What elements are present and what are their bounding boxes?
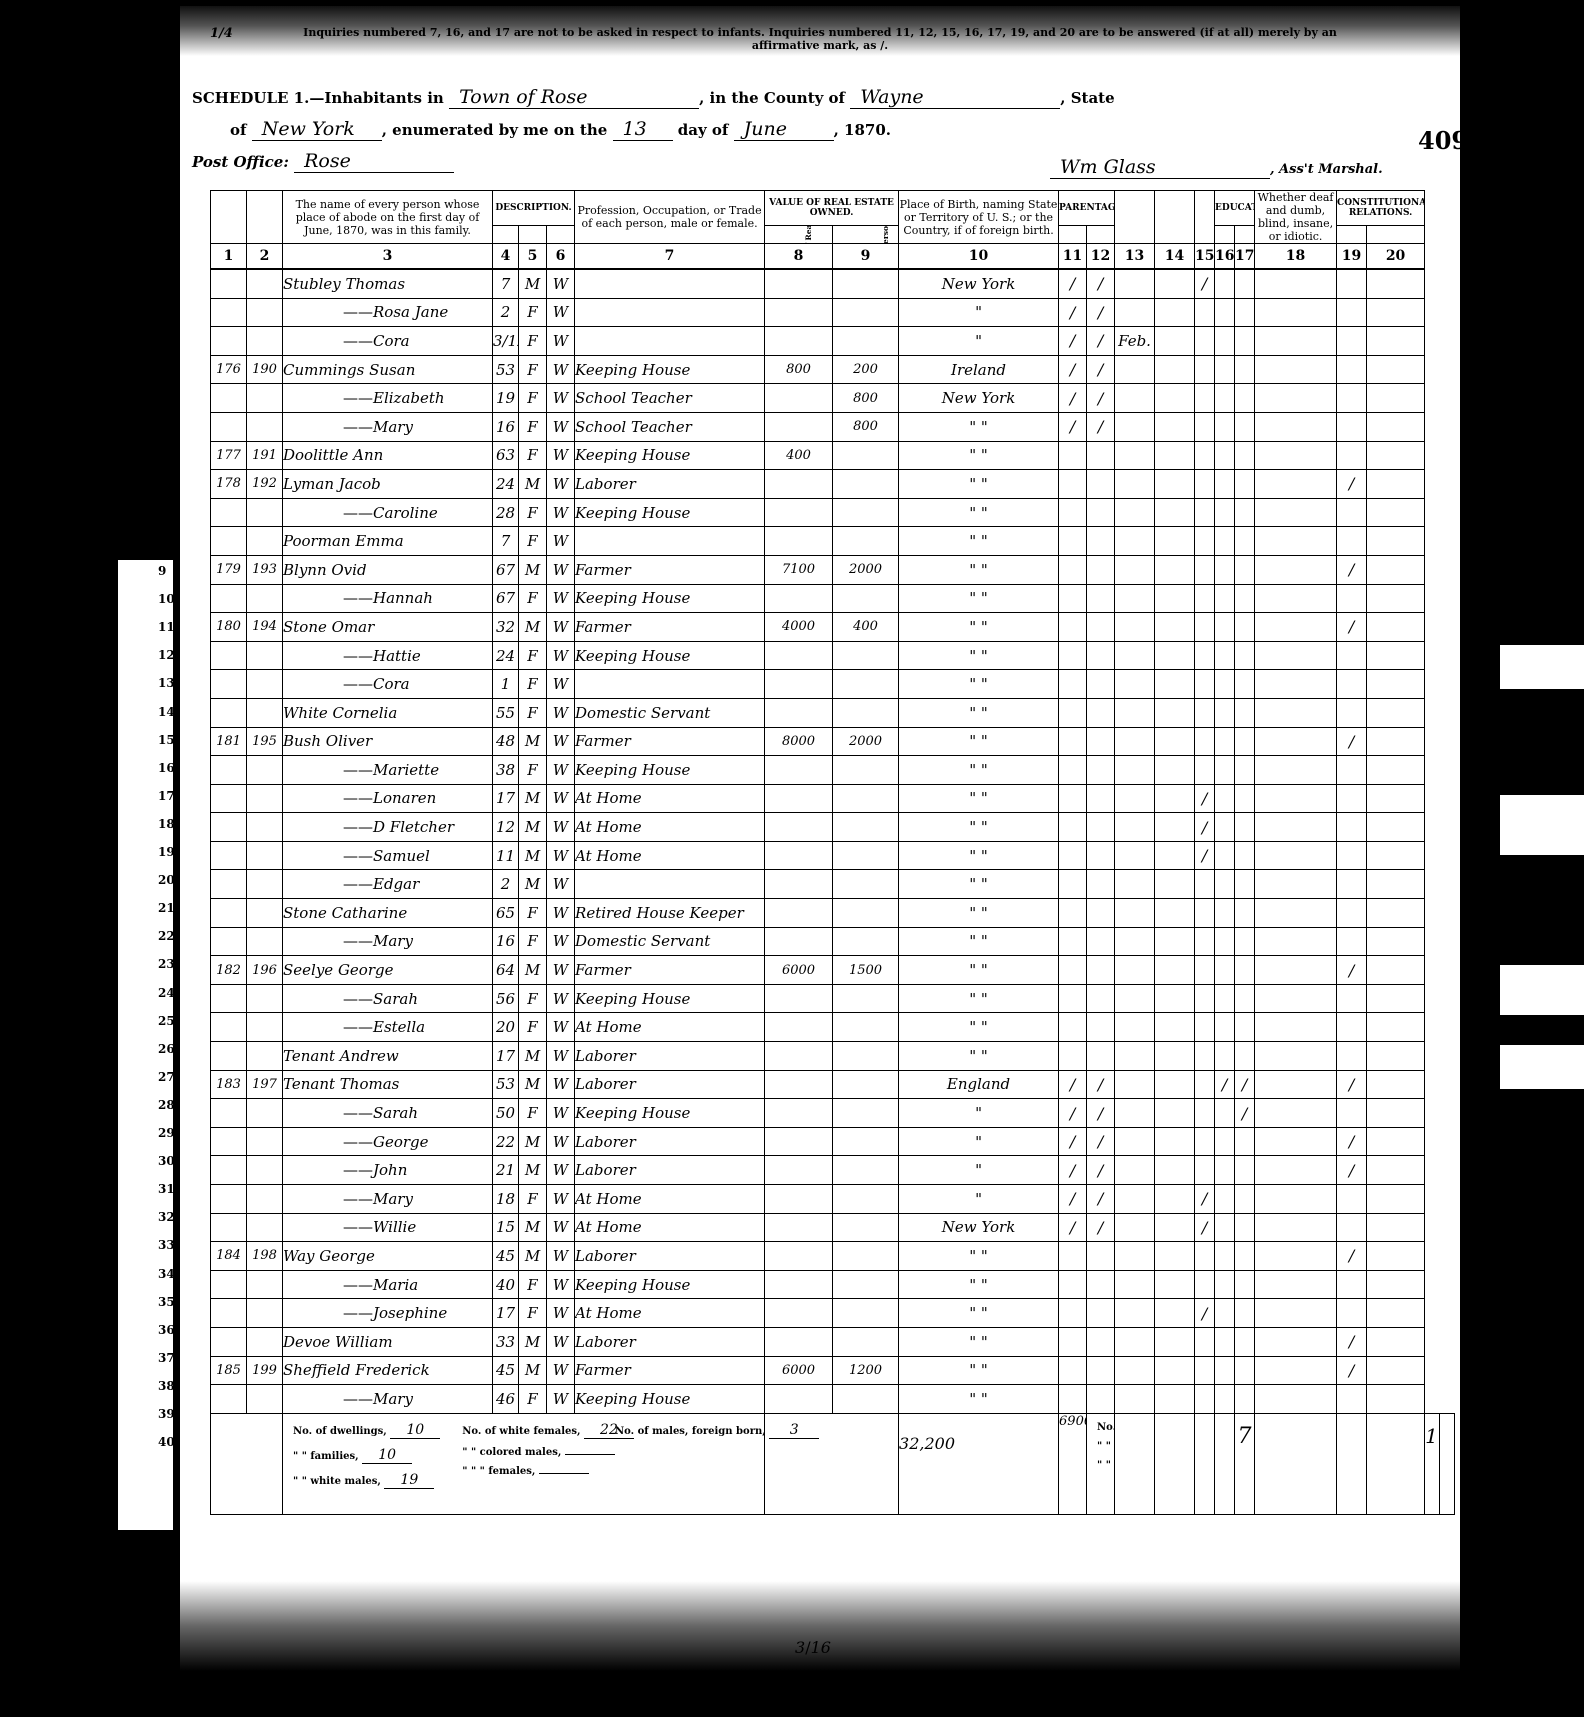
age: 16 [493,412,519,441]
disability [1255,727,1337,756]
sex: F [519,527,547,556]
real-estate-value [765,1013,833,1042]
age: 40 [493,1270,519,1299]
family-number [247,784,283,813]
occupation: At Home [575,1185,765,1214]
personal-estate-value [833,841,899,870]
cannot-write-mark [1235,1356,1255,1385]
married-month [1155,298,1195,327]
school-mark [1195,1099,1215,1128]
school-mark [1195,1013,1215,1042]
cannot-read-mark [1215,613,1235,642]
left-line-number: 39 [158,1407,175,1421]
father-foreign-mark [1059,1327,1087,1356]
color: W [547,1156,575,1185]
state-field: New York [252,118,382,141]
dwelling-number [211,498,247,527]
left-line-number: 15 [158,733,175,747]
column-number-row: 1234567891011121314151617181920 [211,244,1455,270]
father-foreign-mark: / [1059,355,1087,384]
sex: M [519,613,547,642]
color: W [547,841,575,870]
enumerated-label: , enumerated by me on the [382,121,608,139]
group-head-value: VALUE OF REAL ESTATE OWNED. [765,191,899,226]
sex: F [519,412,547,441]
mother-foreign-mark [1087,1327,1115,1356]
mother-foreign-mark [1087,613,1115,642]
vote-denied-mark [1367,1327,1425,1356]
cannot-read-mark [1215,1042,1235,1071]
occupation [575,327,765,356]
dwelling-number [211,1099,247,1128]
personal-estate-value [833,870,899,899]
personal-estate-value [833,269,899,298]
real-estate-value [765,1385,833,1414]
person-name: Mary [283,412,493,441]
family-number [247,1299,283,1328]
school-mark [1195,984,1215,1013]
personal-estate-value [833,1070,899,1099]
males-foreign-count: 3 [769,1422,819,1439]
family-number [247,1270,283,1299]
personal-estate-value [833,984,899,1013]
personal-estate-value [833,784,899,813]
vote-denied-mark [1367,1127,1425,1156]
personal-estate-value [833,899,899,928]
sex: F [519,1385,547,1414]
citizen-mark [1337,527,1367,556]
cannot-write-mark [1235,470,1255,499]
born-month [1115,1099,1155,1128]
age: 11 [493,841,519,870]
sex: M [519,269,547,298]
vote-denied-mark [1367,1185,1425,1214]
real-estate-value [765,1070,833,1099]
family-number [247,756,283,785]
page-number: 409 [1418,126,1468,155]
birthplace: " " [899,1327,1059,1356]
disability [1255,841,1337,870]
census-row: Devoe William33MWLaborer" "/ [211,1327,1455,1356]
census-row: 181195Bush Oliver48MWFarmer80002000" "/ [211,727,1455,756]
family-number [247,498,283,527]
dwelling-number [211,841,247,870]
born-month [1115,927,1155,956]
line-number: 29 [1470,1133,1487,1147]
cannot-read-mark [1215,1127,1235,1156]
census-row: 176190Cummings Susan53FWKeeping House800… [211,355,1455,384]
real-estate-value [765,698,833,727]
age: 17 [493,1042,519,1071]
mother-foreign-mark [1087,470,1115,499]
census-row: Cora1FW" " [211,670,1455,699]
real-estate-value [765,1099,833,1128]
person-name: White Cornelia [283,698,493,727]
real-estate-value [765,784,833,813]
post-office-field: Rose [294,150,454,173]
mother-foreign-mark: / [1087,384,1115,413]
birthplace: " [899,327,1059,356]
born-month [1115,899,1155,928]
born-month [1115,555,1155,584]
citizen-mark [1337,984,1367,1013]
sex: M [519,1242,547,1271]
personal-estate-total: 6900 [1059,1413,1087,1514]
left-line-number: 18 [158,817,175,831]
school-mark [1195,584,1215,613]
color: W [547,813,575,842]
left-line-number: 28 [158,1098,175,1112]
personal-estate-value [833,1099,899,1128]
father-foreign-mark [1059,927,1087,956]
fraction-top: 3 [795,1638,805,1657]
person-name: Bush Oliver [283,727,493,756]
personal-estate-value [833,927,899,956]
color: W [547,698,575,727]
married-month [1155,527,1195,556]
cannot-write-mark [1235,1042,1255,1071]
census-row: 180194Stone Omar32MWFarmer4000400" "/ [211,613,1455,642]
birthplace: " " [899,870,1059,899]
column-number: 9 [833,244,899,270]
person-name: John [283,1156,493,1185]
father-foreign-mark [1059,584,1087,613]
line-number: 11 [1470,627,1487,641]
cannot-write-mark [1235,841,1255,870]
born-month [1115,441,1155,470]
citizen-mark [1337,670,1367,699]
occupation: At Home [575,1013,765,1042]
sex: M [519,1156,547,1185]
birthplace: " " [899,1356,1059,1385]
census-rows: Stubley Thomas7MWNew York///Rosa Jane2FW… [211,269,1455,1413]
age: 45 [493,1242,519,1271]
vote-denied-mark [1367,1270,1425,1299]
real-estate-value [765,1127,833,1156]
age: 67 [493,584,519,613]
mother-foreign-mark [1087,1042,1115,1071]
vote-denied-mark [1367,727,1425,756]
family-number [247,641,283,670]
disability [1255,1013,1337,1042]
sex: F [519,641,547,670]
family-number: 190 [247,355,283,384]
occupation [575,670,765,699]
age: 28 [493,498,519,527]
married-month [1155,641,1195,670]
dwelling-number: 176 [211,355,247,384]
father-foreign-mark [1059,727,1087,756]
disability [1255,1299,1337,1328]
column-number: 13 [1115,244,1155,270]
vote-denied-mark [1367,441,1425,470]
person-name: Rosa Jane [283,298,493,327]
married-month [1155,470,1195,499]
cannot-read-mark [1215,756,1235,785]
left-line-number: 33 [158,1238,175,1252]
mother-foreign-mark [1087,813,1115,842]
personal-estate-value [833,1270,899,1299]
born-month [1115,412,1155,441]
left-line-number: 24 [158,986,175,1000]
cannot-write-mark [1235,1327,1255,1356]
footer-fraction: 3/16 [795,1638,831,1657]
occupation: School Teacher [575,384,765,413]
personal-estate-value: 400 [833,613,899,642]
person-name: Lyman Jacob [283,470,493,499]
vote-denied-mark [1367,470,1425,499]
age: 24 [493,641,519,670]
sex: M [519,1127,547,1156]
citizen-mark [1337,498,1367,527]
real-estate-value [765,870,833,899]
disability [1255,1185,1337,1214]
column-number: 11 [1059,244,1087,270]
father-foreign-mark [1059,1299,1087,1328]
person-name: Elizabeth [283,384,493,413]
sex: F [519,498,547,527]
sex: F [519,670,547,699]
married-month [1155,784,1195,813]
personal-estate-value [833,1327,899,1356]
occupation: Farmer [575,727,765,756]
column-number: 1 [211,244,247,270]
personal-estate-value [833,670,899,699]
dwelling-number: 182 [211,956,247,985]
born-month [1115,1156,1155,1185]
mother-foreign-mark [1087,1356,1115,1385]
cannot-read-mark [1215,441,1235,470]
citizen-mark [1337,584,1367,613]
cannot-write-mark [1235,756,1255,785]
person-name: Tenant Andrew [283,1042,493,1071]
occupation: Laborer [575,1070,765,1099]
sex: M [519,1042,547,1071]
citizen-mark [1337,412,1367,441]
married-month [1155,1299,1195,1328]
age: 50 [493,1099,519,1128]
citizen-mark [1337,899,1367,928]
left-line-number: 16 [158,761,175,775]
father-foreign-mark: / [1059,298,1087,327]
birthplace: " " [899,1299,1059,1328]
left-line-number: 9 [158,564,166,578]
citizens-total: 11 [1425,1413,1440,1514]
age: 55 [493,698,519,727]
disability [1255,1127,1337,1156]
column-number: 20 [1367,244,1425,270]
citizen-mark [1337,1185,1367,1214]
col-head-age: Age at last birth-day. If under 1 year, … [493,225,519,243]
cannot-write-mark [1235,555,1255,584]
person-name: Stone Catharine [283,899,493,928]
person-name: Sheffield Frederick [283,1356,493,1385]
disability [1255,899,1337,928]
left-line-number: 30 [158,1154,175,1168]
married-month [1155,1356,1195,1385]
dwelling-number [211,1127,247,1156]
age: 21 [493,1156,519,1185]
census-row: 182196Seelye George64MWFarmer60001500" "… [211,956,1455,985]
mother-foreign-mark [1087,784,1115,813]
line-number: 37 [1470,1358,1487,1372]
color: W [547,470,575,499]
mother-foreign-mark: / [1087,1185,1115,1214]
occupation: Laborer [575,470,765,499]
left-line-number: 35 [158,1295,175,1309]
personal-estate-value [833,641,899,670]
sex: F [519,1099,547,1128]
occupation: At Home [575,1213,765,1242]
cannot-read-mark [1215,784,1235,813]
age: 53 [493,355,519,384]
line-number: 14 [1470,711,1487,725]
column-number: 19 [1337,244,1367,270]
married-month [1155,555,1195,584]
col-head-vote-denied: Male Citizens of U. S. of 21 years of ag… [1367,225,1425,243]
birthplace: " " [899,613,1059,642]
color: W [547,327,575,356]
instructions-note: Inquiries numbered 7, 16, and 17 are not… [290,26,1350,52]
school-mark [1195,1156,1215,1185]
family-number: 192 [247,470,283,499]
census-row: Edgar2MW" " [211,870,1455,899]
mother-foreign-mark [1087,1270,1115,1299]
birthplace: " " [899,641,1059,670]
birthplace: New York [899,1213,1059,1242]
line-number: 26 [1470,1049,1487,1063]
father-foreign-mark [1059,813,1087,842]
real-estate-value [765,813,833,842]
mother-foreign-mark: / [1087,1156,1115,1185]
personal-estate-value: 1500 [833,956,899,985]
census-row: 183197Tenant Thomas53MWLaborerEngland///… [211,1070,1455,1099]
sex: M [519,727,547,756]
cannot-write-mark [1235,641,1255,670]
personal-estate-value [833,327,899,356]
personal-estate-value [833,1156,899,1185]
born-month [1115,269,1155,298]
birthplace: " " [899,813,1059,842]
mother-foreign-mark: / [1087,1070,1115,1099]
born-month [1115,1013,1155,1042]
colored-males-count [565,1454,615,1455]
dwelling-number: 181 [211,727,247,756]
real-estate-value [765,1042,833,1071]
real-estate-value [765,984,833,1013]
real-estate-value: 7100 [765,555,833,584]
group-head-education: EDUCATION. [1215,191,1255,226]
age: 17 [493,784,519,813]
cannot-read-mark [1215,498,1235,527]
school-mark: / [1195,813,1215,842]
left-line-number: 11 [158,620,175,634]
mother-foreign-mark: / [1087,1127,1115,1156]
father-foreign-mark [1059,756,1087,785]
family-number [247,927,283,956]
occupation: Laborer [575,1327,765,1356]
born-month [1115,784,1155,813]
birthplace: " " [899,984,1059,1013]
birthplace: " " [899,498,1059,527]
mother-foreign-mark [1087,555,1115,584]
born-month [1115,1213,1155,1242]
family-number [247,870,283,899]
line-number: 18 [1470,824,1487,838]
birthplace: " " [899,1042,1059,1071]
birthplace: " " [899,841,1059,870]
sex: F [519,1299,547,1328]
married-month [1155,927,1195,956]
citizen-mark [1337,441,1367,470]
line-number: 21 [1470,908,1487,922]
citizen-mark [1337,1013,1367,1042]
cannot-write-mark [1235,584,1255,613]
schedule-line: SCHEDULE 1.—Inhabitants in Town of Rose,… [192,86,1115,109]
disability [1255,1385,1337,1414]
school-mark [1195,1327,1215,1356]
schedule-label: SCHEDULE 1.—Inhabitants in [192,89,444,107]
born-month [1115,670,1155,699]
disability [1255,555,1337,584]
age: 7 [493,527,519,556]
father-foreign-mark [1059,698,1087,727]
cannot-read-mark [1215,527,1235,556]
person-name: Mary [283,1185,493,1214]
born-month [1115,1327,1155,1356]
vote-denied-mark [1367,327,1425,356]
citizen-mark [1337,1042,1367,1071]
mother-foreign-mark [1087,584,1115,613]
person-name: Cummings Susan [283,355,493,384]
age: 64 [493,956,519,985]
personal-estate-value [833,698,899,727]
left-line-number: 31 [158,1182,175,1196]
census-table: Dwelling-houses, numbered in the order o… [210,190,1455,1515]
personal-estate-value: 200 [833,355,899,384]
sex: M [519,555,547,584]
dwelling-number: 183 [211,1070,247,1099]
born-month [1115,1356,1155,1385]
person-name: Stubley Thomas [283,269,493,298]
born-month: Feb. [1115,327,1155,356]
father-foreign-mark [1059,956,1087,985]
census-row: Mariette38FWKeeping House" " [211,756,1455,785]
vote-denied-mark [1367,498,1425,527]
family-number [247,1213,283,1242]
birthplace: " " [899,899,1059,928]
born-month [1115,1185,1155,1214]
family-number [247,327,283,356]
born-month [1115,841,1155,870]
citizen-mark: / [1337,956,1367,985]
married-month [1155,1042,1195,1071]
personal-estate-value [833,1042,899,1071]
occupation: Farmer [575,613,765,642]
line-number: 6 [1470,487,1478,501]
personal-estate-value: 1200 [833,1356,899,1385]
color: W [547,1127,575,1156]
school-mark [1195,927,1215,956]
line-number: 9 [1470,571,1478,585]
person-name: Cora [283,327,493,356]
married-month [1155,1156,1195,1185]
cannot-read-mark [1215,984,1235,1013]
census-row: Caroline28FWKeeping House" " [211,498,1455,527]
married-month [1155,584,1195,613]
cannot-write-mark: / [1235,1070,1255,1099]
disability [1255,956,1337,985]
